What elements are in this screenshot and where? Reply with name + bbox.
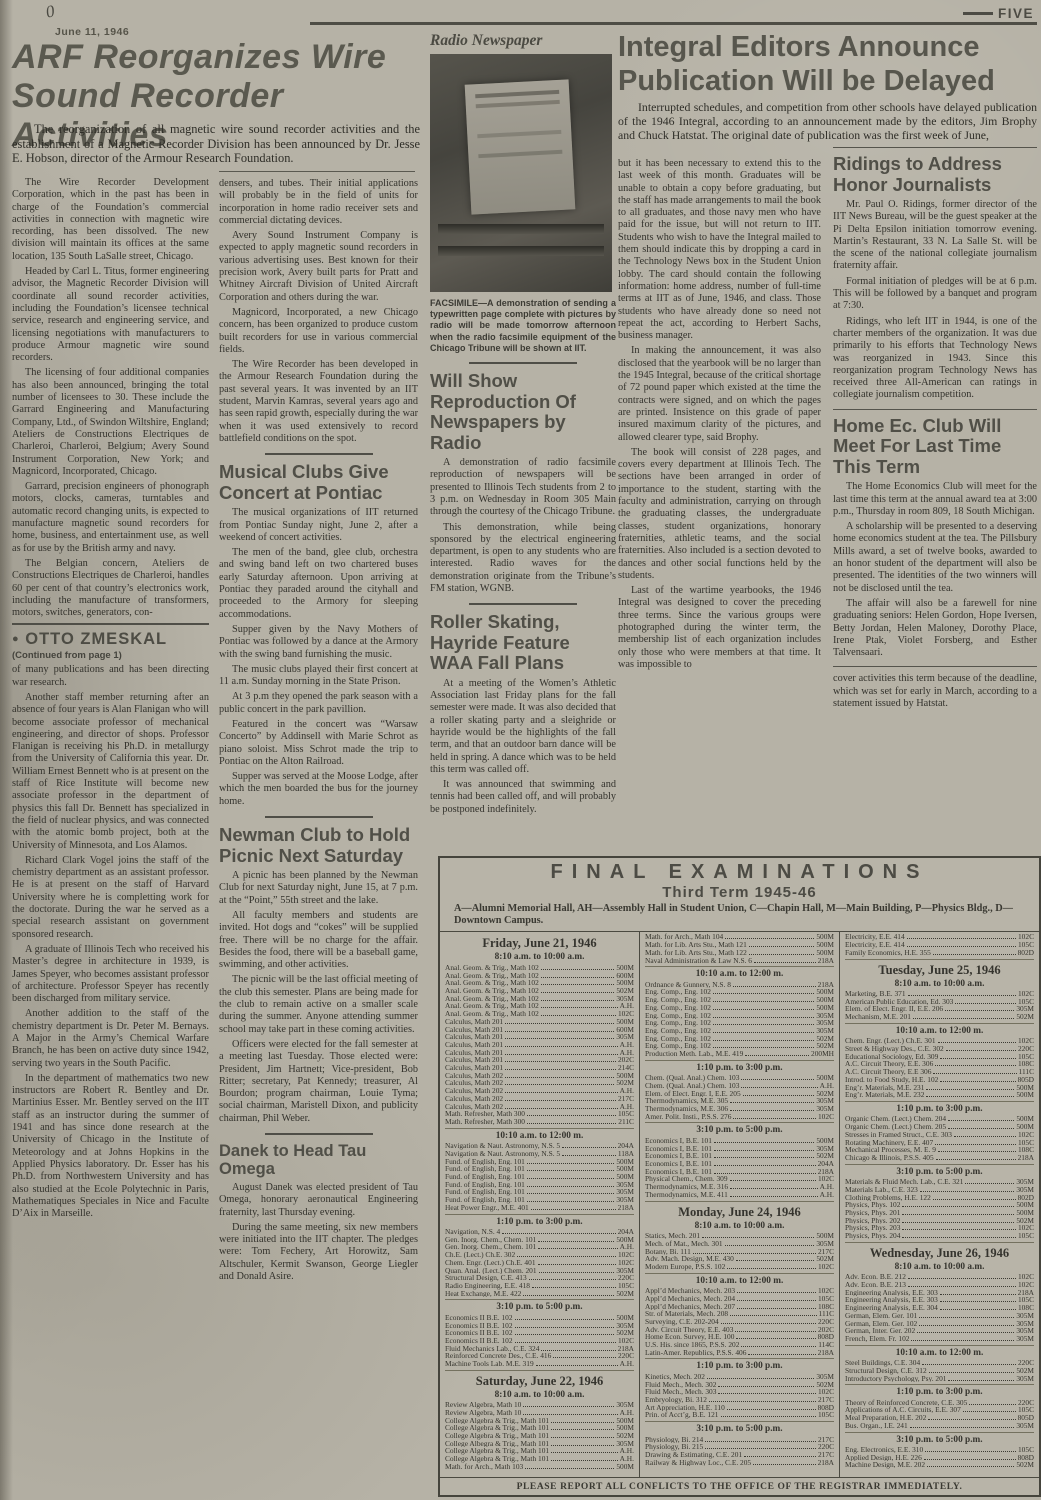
dot-leader xyxy=(933,949,1016,955)
exam-room: 305M xyxy=(616,1196,634,1204)
exam-room: 204A xyxy=(818,1160,834,1168)
dot-leader xyxy=(505,1095,616,1101)
dot-leader xyxy=(541,972,615,978)
dot-leader xyxy=(913,1013,1014,1019)
dot-leader xyxy=(940,1076,1015,1082)
exam-course: Physics, Phys. 202 xyxy=(845,1217,900,1225)
dot-leader xyxy=(714,1152,814,1158)
dot-leader xyxy=(532,1282,616,1288)
exam-course: Fund. of English, Eng. 101 xyxy=(445,1181,525,1189)
paragraph: The Home Economics Club will meet for th… xyxy=(833,481,1037,518)
exam-course: Anal. Geom. & Trig., Math 102 xyxy=(445,987,539,995)
exam-course: German, Inter. Ger. 202 xyxy=(845,1327,915,1335)
dot-leader xyxy=(730,1175,816,1181)
exam-row: Eng. Electronics, E.E. 310105C xyxy=(845,1446,1034,1454)
exam-course: Math. for Lib. Arts Stu., Math 121 xyxy=(645,941,747,949)
newman-body: A picnic has been planned by the Newman … xyxy=(219,870,418,1125)
exam-room: 808D xyxy=(1018,1454,1034,1462)
exam-room: 305M xyxy=(816,1373,834,1381)
exam-course: Kinetics, Mech. 202 xyxy=(645,1373,705,1381)
exam-course: Mechanical Processes, M. E. 9 xyxy=(845,1146,936,1154)
article-divider xyxy=(469,603,577,605)
exam-row: Organic Chem. (Lect.) Chem. 205500M xyxy=(845,1123,1034,1131)
dot-leader xyxy=(713,996,814,1002)
exam-course: College Algebra & Trig., Math 101 xyxy=(445,1455,549,1463)
dot-leader xyxy=(748,1349,815,1355)
exam-room: 502M xyxy=(616,1290,634,1298)
exam-course: Elem. of Elect. Engr. I, E.E. 205 xyxy=(645,1090,741,1098)
musical-body: The musical organizations of IIT returne… xyxy=(219,507,418,808)
dot-leader xyxy=(733,1113,816,1119)
exam-room: 500M xyxy=(816,1004,834,1012)
paragraph: Featured in the concert was “Warsaw Conc… xyxy=(219,719,418,768)
exam-row: Stresses in Framed Struct., C.E. 303102C xyxy=(845,1131,1034,1139)
exam-room: 105C xyxy=(818,1411,834,1419)
exam-course: Embryology, Bi. 312 xyxy=(645,1396,707,1404)
paragraph: The music clubs played their first conce… xyxy=(219,664,418,689)
exam-row: College Algebra & Trig., Math 101500M xyxy=(445,1424,634,1432)
exam-course: Adv. Mach. Design, M.E. 430 xyxy=(645,1255,734,1263)
dot-leader xyxy=(523,1409,617,1415)
exam-row: Math. Refresher, Math 300105C xyxy=(445,1110,634,1118)
exam-section: 10:10 a.m. to 12:00 m.Appl’d Mechanics, … xyxy=(645,1276,834,1360)
dot-leader xyxy=(541,995,615,1001)
exam-room: 802D xyxy=(1018,949,1034,957)
exam-row: Adv. Mach. Design, M.E. 430502M xyxy=(645,1255,834,1263)
exam-room: A.H. xyxy=(620,1409,634,1417)
paragraph: The affair will also be a farewell for n… xyxy=(833,598,1037,659)
dot-leader xyxy=(527,1158,614,1164)
exam-row: Math. for Lib. Arts Stu., Math 121500M xyxy=(645,941,834,949)
paragraph: Garrard, precision engineers of phonogra… xyxy=(12,481,209,555)
exam-row: Fund. of English, Eng. 101305M xyxy=(445,1181,634,1189)
exam-room: 502M xyxy=(816,1381,834,1389)
article-divider xyxy=(265,453,373,455)
exam-course: Anal. Geom. & Trig., Math 102 xyxy=(445,1002,539,1010)
article-divider xyxy=(265,816,373,818)
exam-row: Physics, Phys. 201500M xyxy=(845,1209,1034,1217)
exam-course: Calculus, Math 201 xyxy=(445,1064,503,1072)
exam-room: 305M xyxy=(616,1401,634,1409)
exam-course: Botany, Bi. 111 xyxy=(645,1248,691,1256)
exam-row: Eng. Comp., Eng. 102500M xyxy=(645,1004,834,1012)
exam-room: 305M xyxy=(816,1012,834,1020)
radio-demo-headline: Will Show Reproduction Of Newspapers by … xyxy=(430,371,616,453)
dot-leader xyxy=(737,1295,816,1301)
exam-room: 118A xyxy=(618,1150,634,1158)
dot-leader xyxy=(928,1414,1015,1420)
exam-course: Educational Sociology, Ed. 309 xyxy=(845,1053,938,1061)
dot-leader xyxy=(713,1035,814,1041)
exam-row: Calculus, Math 201A.H. xyxy=(445,1041,634,1049)
exam-row: Calculus, Math 201600M xyxy=(445,1026,634,1034)
folio-text: FIVE xyxy=(998,6,1034,21)
page-number: FIVE xyxy=(963,6,1034,21)
exam-room: 220C xyxy=(1018,1045,1034,1053)
exam-row: Anal. Geom. & Trig., Math 102102C xyxy=(445,1010,634,1018)
exam-row: Navigation, N.S. 4204A xyxy=(445,1228,634,1236)
exam-row: Math. for Arch., Math 104500M xyxy=(645,933,834,941)
dot-leader xyxy=(925,1446,1016,1452)
exam-course: College Algebra & Trig., Math 101 xyxy=(445,1417,549,1425)
exam-room: 500M xyxy=(616,1417,634,1425)
exam-time-header: 1:10 p.m. to 3:00 p.m. xyxy=(845,1104,1034,1115)
exam-room: 305M xyxy=(616,1188,634,1196)
exam-room: 500M xyxy=(616,1463,634,1471)
exams-footer: PLEASE REPORT ALL CONFLICTS TO THE OFFIC… xyxy=(440,1477,1039,1495)
exam-course: Economics I, B.E. 101 xyxy=(645,1168,712,1176)
column-four: but it has been necessary to extend this… xyxy=(618,158,821,854)
paragraph: The men of the band, glee club, orchestr… xyxy=(219,547,418,621)
exam-row: Structural Design, C.E. 413220C xyxy=(445,1274,634,1282)
dot-leader xyxy=(523,1290,614,1296)
dot-leader xyxy=(730,1191,818,1197)
exam-row: Steel Buildings, C.E. 304220C xyxy=(845,1359,1034,1367)
exam-course: Calculus, Math 201 xyxy=(445,1056,503,1064)
exam-room: 220C xyxy=(818,1318,834,1326)
exam-section: 10:10 a.m. to 12:00 m.Chem. Engr. (Lect.… xyxy=(845,1026,1034,1102)
exam-room: 305M xyxy=(616,1033,634,1041)
exam-section: 10:10 a.m. to 12:00 m.Ordnance & Gunnery… xyxy=(645,969,834,1061)
exam-row: Street & Highway Des., C.E. 302220C xyxy=(845,1045,1034,1053)
exam-row: Embryology, Bi. 312217C xyxy=(645,1396,834,1404)
exam-room: 500M xyxy=(816,949,834,957)
exam-row: Thermodynamics, M.E. 411A.H. xyxy=(645,1191,834,1199)
exam-room: 500M xyxy=(616,1018,634,1026)
dot-leader xyxy=(730,1097,814,1103)
exam-row: Eng. Comp., Eng. 102500M xyxy=(645,996,834,1004)
dot-leader xyxy=(733,981,816,987)
exam-room: 218A xyxy=(818,1349,834,1357)
exam-time-header: 8:10 a.m. to 10:00 a.m. xyxy=(645,1221,834,1232)
dot-leader xyxy=(743,1090,815,1096)
exam-row: Fund. of English, Eng. 101500M xyxy=(445,1173,634,1181)
exam-room: 102C xyxy=(1018,933,1034,941)
exam-room: 218A xyxy=(618,1345,634,1353)
integral-lead: Interrupted schedules, and competition f… xyxy=(618,101,1037,142)
dot-leader xyxy=(531,1204,616,1210)
exam-room: 500M xyxy=(1016,1115,1034,1123)
exam-room: 500M xyxy=(1016,1209,1034,1217)
exam-row: Modern Europe, P.S.S. 102102C xyxy=(645,1263,834,1271)
exam-row: American Public Education, Ed. 303105C xyxy=(845,998,1034,1006)
exam-course: Physics, Phys. 204 xyxy=(845,1232,900,1240)
exam-row: Adv. Econ. B.E. 213102C xyxy=(845,1281,1034,1289)
exam-section: 1:10 p.m. to 3:00 p.m.Kinetics, Mech. 20… xyxy=(645,1361,834,1422)
paragraph: It was announced that swimming and tenni… xyxy=(430,779,616,816)
exam-course: Economics I, B.E. 101 xyxy=(645,1137,712,1145)
dot-leader xyxy=(725,1240,815,1246)
exam-section: 10:10 a.m. to 12:00 m.Steel Buildings, C… xyxy=(845,1348,1034,1386)
dot-leader xyxy=(505,1072,614,1078)
homeec-headline: Home Ec. Club Will Meet For Last Time Th… xyxy=(833,416,1037,478)
dot-leader xyxy=(527,1118,616,1124)
exam-room: 111C xyxy=(1019,1068,1034,1076)
exam-course: Eng. Comp., Eng. 102 xyxy=(645,1004,711,1012)
paragraph: A demonstration of radio facsimile repro… xyxy=(430,457,616,518)
exam-row: Eng’r. Materials, M.E. 232500M xyxy=(845,1091,1034,1099)
exam-course: Calculus, Math 202 xyxy=(445,1103,503,1111)
exam-course: Physical Chem., Chem. 309 xyxy=(645,1175,728,1183)
exam-row: Economics II B.E. 102305M xyxy=(445,1322,634,1330)
paragraph: Mr. Paul O. Ridings, former director of … xyxy=(833,199,1037,273)
exam-room: 217C xyxy=(818,1248,834,1256)
dot-leader xyxy=(523,1401,614,1407)
exam-course: Calculus, Math 201 xyxy=(445,1041,503,1049)
exam-room: 305M xyxy=(816,1027,834,1035)
column-two: densers, and tubes. Their initial applic… xyxy=(219,178,418,1481)
exam-room: 805D xyxy=(1018,1076,1034,1084)
dot-leader xyxy=(749,941,815,947)
exam-section: 3:10 p.m. to 5:00 p.m.Economics II B.E. … xyxy=(445,1302,634,1370)
exam-row: Engineering Analysis, E.E. 303105C xyxy=(845,1296,1034,1304)
exam-room: 218A xyxy=(818,957,834,965)
dot-leader xyxy=(541,964,615,970)
exam-room: 102C xyxy=(818,1287,834,1295)
exam-course: Ordnance & Gunnery, N.S. 8 xyxy=(645,981,731,989)
zmeskal-article: ● OTTO ZMESKAL (Continued from page 1) o… xyxy=(12,623,209,1220)
exam-room: 305M xyxy=(1016,1312,1034,1320)
exam-course: Navigation, N.S. 4 xyxy=(445,1228,500,1236)
exam-course: Math. for Arch., Math 103 xyxy=(445,1463,523,1471)
exam-room: 105C xyxy=(1018,1296,1034,1304)
exam-room: 108C xyxy=(1018,1304,1034,1312)
exam-course: College Albegra & Trig., Math 101 xyxy=(445,1440,549,1448)
exam-course: Physiology, Bi. 214 xyxy=(645,1436,703,1444)
dot-leader xyxy=(741,1082,817,1088)
exam-course: Calculus, Math 202 xyxy=(445,1079,503,1087)
exam-room: 305M xyxy=(1016,1422,1034,1430)
exam-course: Economics I, B.E. 101 xyxy=(645,1152,712,1160)
exam-row: Introductory Psychology, Psy. 201305M xyxy=(845,1375,1034,1383)
dot-leader xyxy=(919,1320,1014,1326)
dot-leader xyxy=(505,1049,618,1055)
exam-course: Fund. of English, Eng. 101 xyxy=(445,1173,525,1181)
exam-room: 500M xyxy=(816,996,834,1004)
exam-room: 305M xyxy=(1016,1327,1034,1335)
exam-row: Fluid Mech., Mech. 302502M xyxy=(645,1381,834,1389)
arf-body-col1: The Wire Recorder Development Corporatio… xyxy=(12,177,209,619)
exam-room: 500M xyxy=(1016,1201,1034,1209)
exam-room: 102C xyxy=(1018,1131,1034,1139)
exam-row: Educational Sociology, Ed. 309105C xyxy=(845,1053,1034,1061)
exam-row: Economics II B.E. 102500M xyxy=(445,1314,634,1322)
paragraph: A scholarship will be presented to a des… xyxy=(833,521,1037,595)
dot-leader xyxy=(730,1310,816,1316)
dot-leader xyxy=(741,1074,814,1080)
homeec-body: The Home Economics Club will meet for th… xyxy=(833,481,1037,659)
exam-course: German, Elem. Ger. 101 xyxy=(845,1312,917,1320)
exam-row: Calculus, Math 201500M xyxy=(445,1018,634,1026)
exam-row: Appl’d Mechanics, Mech. 204105C xyxy=(645,1295,834,1303)
dot-leader xyxy=(926,1084,1014,1090)
dot-leader xyxy=(505,1026,614,1032)
exam-room: A.H. xyxy=(620,1087,634,1095)
dot-leader xyxy=(736,1255,815,1261)
exam-section: 10:10 a.m. to 12:00 m.Navigation & Naut.… xyxy=(445,1131,634,1215)
exam-course: Adv. Econ. B.E. 213 xyxy=(845,1281,906,1289)
dot-leader xyxy=(721,1318,816,1324)
exam-row: Introd. to Food Study, H.E. 102805D xyxy=(845,1076,1034,1084)
exam-room: 305M xyxy=(1016,1320,1034,1328)
exam-room: 502M xyxy=(616,1079,634,1087)
exam-day-header: Friday, June 21, 1946 xyxy=(445,936,634,950)
dot-leader xyxy=(917,1327,1014,1333)
dot-leader xyxy=(927,1461,1014,1467)
arf-lead: The reorganization of all magnetic wire … xyxy=(12,122,420,166)
paragraph: of many publications and has been direct… xyxy=(12,664,209,689)
exam-row: Eng. Comp., Eng. 102305M xyxy=(645,1027,834,1035)
column-left: The Wire Recorder Development Corporatio… xyxy=(12,177,209,1477)
exam-row: Eng’r. Materials, M.E. 231500M xyxy=(845,1084,1034,1092)
exam-room: 218A xyxy=(1018,1154,1034,1162)
exam-row: Amer. Polit. Insti., P.S.S. 276102C xyxy=(645,1113,834,1121)
dot-leader xyxy=(929,1367,1015,1373)
dot-leader xyxy=(553,1352,616,1358)
exam-course: Production Meth. Lab., M.E. 419 xyxy=(645,1050,743,1058)
exam-row: Heat Exchange, M.E. 422502M xyxy=(445,1290,634,1298)
dot-leader xyxy=(541,1002,618,1008)
exam-row: Anal. Geom. & Trig., Math 102600M xyxy=(445,972,634,980)
dot-leader xyxy=(515,1337,616,1343)
exam-row: Review Algebra, Math 10305M xyxy=(445,1401,634,1409)
exam-room: 211C xyxy=(618,1118,634,1126)
exam-column-3: Electricity, E.E. 414102CElectricity, E.… xyxy=(839,932,1039,1477)
exam-row: Eng. Comp., Eng. 102305M xyxy=(645,1012,834,1020)
exam-room: 218A xyxy=(618,1204,634,1212)
paragraph: At a meeting of the Women’s Athletic Ass… xyxy=(430,678,616,776)
exam-room: 204A xyxy=(618,1228,634,1236)
exam-time-header: 10:10 a.m. to 12:00 m. xyxy=(845,1026,1034,1037)
exam-section: 1:10 p.m. to 3:00 p.m.Navigation, N.S. 4… xyxy=(445,1217,634,1301)
exam-row: Engineering Analysis, E.E. 304108C xyxy=(845,1304,1034,1312)
dot-leader xyxy=(505,1056,616,1062)
dot-leader xyxy=(517,1251,616,1257)
exam-room: 500M xyxy=(1016,1084,1034,1092)
exam-course: Calculus, Math 201 xyxy=(445,1018,503,1026)
exam-row: College Algebra & Trig., Math 101500M xyxy=(445,1417,634,1425)
dot-leader xyxy=(954,1131,1016,1137)
exam-room: 102C xyxy=(618,1259,634,1267)
exam-time-header: 8:10 a.m. to 10:00 a.m. xyxy=(445,1390,634,1401)
dot-leader xyxy=(527,1188,614,1194)
dot-leader xyxy=(924,1454,1016,1460)
exam-row: Fund. of English, Eng. 101500M xyxy=(445,1158,634,1166)
exam-row: Art Appreciation, H.E. 110808D xyxy=(645,1404,834,1412)
dot-leader xyxy=(938,1037,1016,1043)
exam-row: Eng. Comp., Eng. 102305M xyxy=(645,1019,834,1027)
exam-course: Family Economics, H.E. 355 xyxy=(845,949,931,957)
exam-course: A.C. Circuit Theory, E.E. 306 xyxy=(845,1060,933,1068)
exam-row: Fund. of English, Eng. 101305M xyxy=(445,1196,634,1204)
exam-course: Economics I, B.E. 101 xyxy=(645,1145,712,1153)
exam-course: Math. for Lib. Arts Stu., Math 122 xyxy=(645,949,747,957)
dot-leader xyxy=(527,1181,614,1187)
top-rule xyxy=(310,22,1037,25)
exam-course: Thermodynamics, M.E. 411 xyxy=(645,1191,728,1199)
exam-row: Fluid Mechanics Lab., C.E. 324218A xyxy=(445,1345,634,1353)
exam-row: Clothing Problems, H.E. 122802D xyxy=(845,1194,1034,1202)
exam-room: 218A xyxy=(818,1459,834,1467)
exam-course: College Algebra & Trig., Math 101 xyxy=(445,1432,549,1440)
exam-course: Materials & Fluid Mech. Lab., C.E. 321 xyxy=(845,1178,963,1186)
exam-room: A.H. xyxy=(620,1103,634,1111)
dot-leader xyxy=(741,1341,816,1347)
exam-row: Elem. of Elect. Engr. I, E.E. 205502M xyxy=(645,1090,834,1098)
dot-leader xyxy=(737,1303,816,1309)
exam-course: Surveying, C.E. 202-204 xyxy=(645,1318,719,1326)
exam-row: Applied Design, H.E. 226808D xyxy=(845,1454,1034,1462)
dot-leader xyxy=(938,1146,1016,1152)
paragraph: Another staff member returning after an … xyxy=(12,692,209,852)
dot-leader xyxy=(541,1345,615,1351)
exam-row: Economics I, B.E. 101500M xyxy=(645,1137,834,1145)
dot-leader xyxy=(725,933,814,939)
dot-leader xyxy=(551,1432,614,1438)
exam-row: Economics II B.E. 102102C xyxy=(445,1337,634,1345)
exam-room: 220C xyxy=(618,1352,634,1360)
exam-row: Mechanism, M.E. 201502M xyxy=(845,1013,1034,1021)
exam-room: 114C xyxy=(818,1341,834,1349)
exam-time-header: 10:10 a.m. to 12:00 m. xyxy=(645,1276,834,1287)
dot-leader xyxy=(926,1091,1014,1097)
exam-course: Marketing, B.E. 371 xyxy=(845,990,906,998)
dot-leader xyxy=(935,1139,1016,1145)
dot-leader xyxy=(529,1274,616,1280)
exam-room: A.H. xyxy=(820,1183,834,1191)
exam-room: 305M xyxy=(816,1019,834,1027)
exam-room: 108C xyxy=(1018,1146,1034,1154)
exam-columns: Friday, June 21, 19468:10 a.m. to 10:00 … xyxy=(440,932,1039,1477)
exam-course: Physics, Phys. 102 xyxy=(845,1201,900,1209)
zmeskal-headline-text: OTTO ZMESKAL xyxy=(25,630,167,648)
exam-time-header: 1:10 p.m. to 3:00 p.m. xyxy=(845,1387,1034,1398)
exam-room: 500M xyxy=(616,979,634,987)
exam-row: Production Meth. Lab., M.E. 419200MH xyxy=(645,1050,834,1058)
dot-leader xyxy=(538,1236,614,1242)
exam-course: Eng. Comp., Eng. 102 xyxy=(645,1019,711,1027)
exam-room: 305M xyxy=(616,1267,634,1275)
exam-course: Economics I, B.E. 101 xyxy=(645,1160,712,1168)
paragraph: Formal initiation of pledges will be at … xyxy=(833,276,1037,313)
exam-room: 220C xyxy=(618,1274,634,1282)
exam-row: Kinetics, Mech. 202305M xyxy=(645,1373,834,1381)
exam-section: Friday, June 21, 19468:10 a.m. to 10:00 … xyxy=(445,936,634,1128)
dot-leader xyxy=(969,1399,1016,1405)
paragraph: The Belgian concern, Ateliers de Constru… xyxy=(12,558,209,619)
exam-course: Ch.E. (Lect.) Ch.E. 302 xyxy=(445,1251,515,1259)
exam-section: 3:10 p.m. to 5:00 p.m.Physiology, Bi. 21… xyxy=(645,1424,834,1468)
exam-course: Engineering Analysis, E.E. 304 xyxy=(845,1304,938,1312)
dot-leader xyxy=(536,1360,618,1366)
exam-course: Electricity, E.E. 414 xyxy=(845,933,905,941)
exam-course: Calculus, Math 202 xyxy=(445,1095,503,1103)
waa-body: At a meeting of the Women’s Athletic Ass… xyxy=(430,678,616,816)
exam-room: 502M xyxy=(816,1090,834,1098)
exam-time-header: 8:10 a.m. to 10:00 a.m. xyxy=(445,952,634,963)
exam-room: 502M xyxy=(1016,1217,1034,1225)
paragraph: Richard Clark Vogel joins the staff of t… xyxy=(12,855,209,941)
dot-leader xyxy=(902,1201,1014,1207)
paragraph: Headed by Carl L. Titus, former engineer… xyxy=(12,266,209,364)
exam-time-header: 1:10 p.m. to 3:00 p.m. xyxy=(445,1217,634,1228)
paragraph: A picnic has been planned by the Newman … xyxy=(219,870,418,907)
dot-leader xyxy=(945,1005,1014,1011)
exam-course: U.S. His. since 1865, P.S.S. 202 xyxy=(645,1341,739,1349)
exam-course: Thermodynamics, M.E. 316 xyxy=(645,1183,728,1191)
exam-row: Quan. Anal. (Lect.) Chem. 201305M xyxy=(445,1267,634,1275)
exam-row: Eng. Comp., Eng. 102502M xyxy=(645,1035,834,1043)
